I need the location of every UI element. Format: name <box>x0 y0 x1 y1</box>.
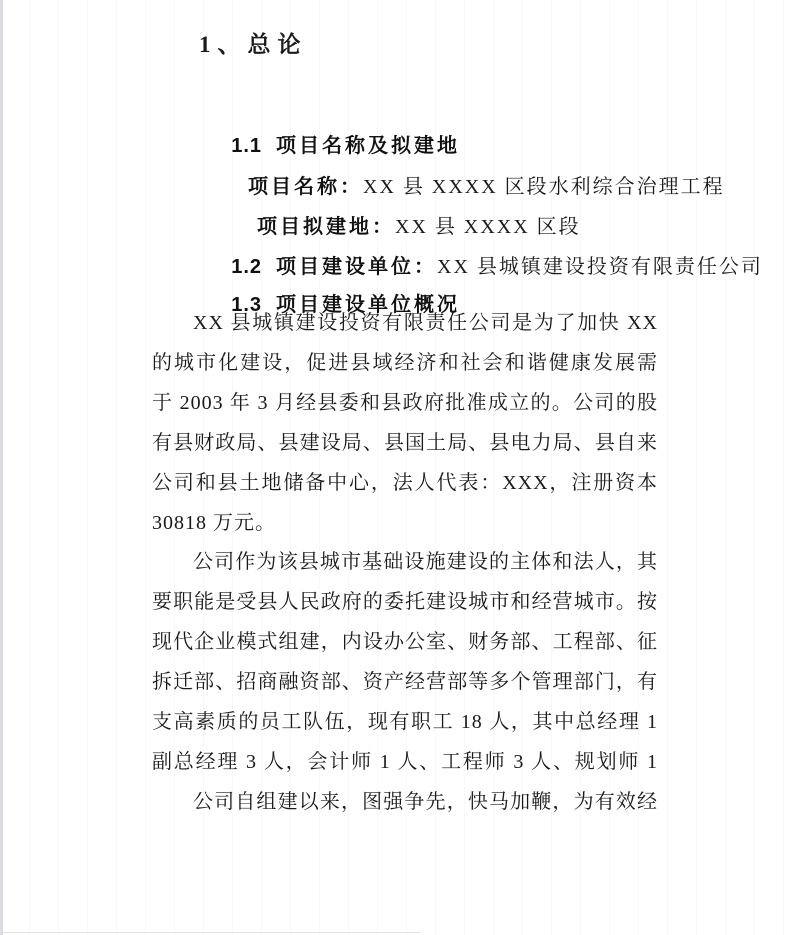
body-line: 于 2003 年 3 月经县委和县政府批准成立的。公司的股东 <box>152 383 658 423</box>
body-line: 公司自组建以来，图强争先，快马加鞭，为有效经营 <box>152 782 658 822</box>
heading-1-2-value: XX 县城镇建设投资有限责任公司 <box>437 256 763 278</box>
body-line: 30818 万元。 <box>152 503 658 543</box>
body-line: XX 县城镇建设投资有限责任公司是为了加快 XX 县 <box>152 303 658 343</box>
body-line: 要职能是受县人民政府的委托建设城市和经营城市。按照 <box>152 582 658 622</box>
body-line: 副总经理 3 人，会计师 1 人、工程师 3 人、规划师 1 人。 <box>152 742 658 782</box>
paragraph-3: 公司自组建以来，图强争先，快马加鞭，为有效经营 <box>152 782 658 822</box>
page-bottom-edge <box>0 932 420 933</box>
body-line: 公司和县土地储备中心，法人代表：XXX，注册资本金： <box>152 463 658 503</box>
body-line: 拆迁部、招商融资部、资产经营部等多个管理部门，有一 <box>152 662 658 702</box>
body-line: 的城市化建设，促进县域经济和社会和谐健康发展需要， <box>152 343 658 383</box>
document-title: 1、总论 <box>199 26 308 59</box>
paragraph-2: 公司作为该县城市基础设施建设的主体和法人，其主 要职能是受县人民政府的委托建设城… <box>152 542 658 782</box>
paragraph-1: XX 县城镇建设投资有限责任公司是为了加快 XX 县 的城市化建设，促进县域经济… <box>152 303 658 543</box>
body-line: 公司作为该县城市基础设施建设的主体和法人，其主 <box>152 542 658 582</box>
page-left-edge <box>0 0 3 935</box>
document-page: 1、总论 1.1项目名称及拟建地 项目名称：XX 县 XXXX 区段水利综合治理… <box>0 0 795 935</box>
body-line: 有县财政局、县建设局、县国土局、县电力局、县自来水 <box>152 423 658 463</box>
body-line: 支高素质的员工队伍，现有职工 18 人，其中总经理 1 人、 <box>152 702 658 742</box>
body-line: 现代企业模式组建，内设办公室、财务部、工程部、征地 <box>152 622 658 662</box>
